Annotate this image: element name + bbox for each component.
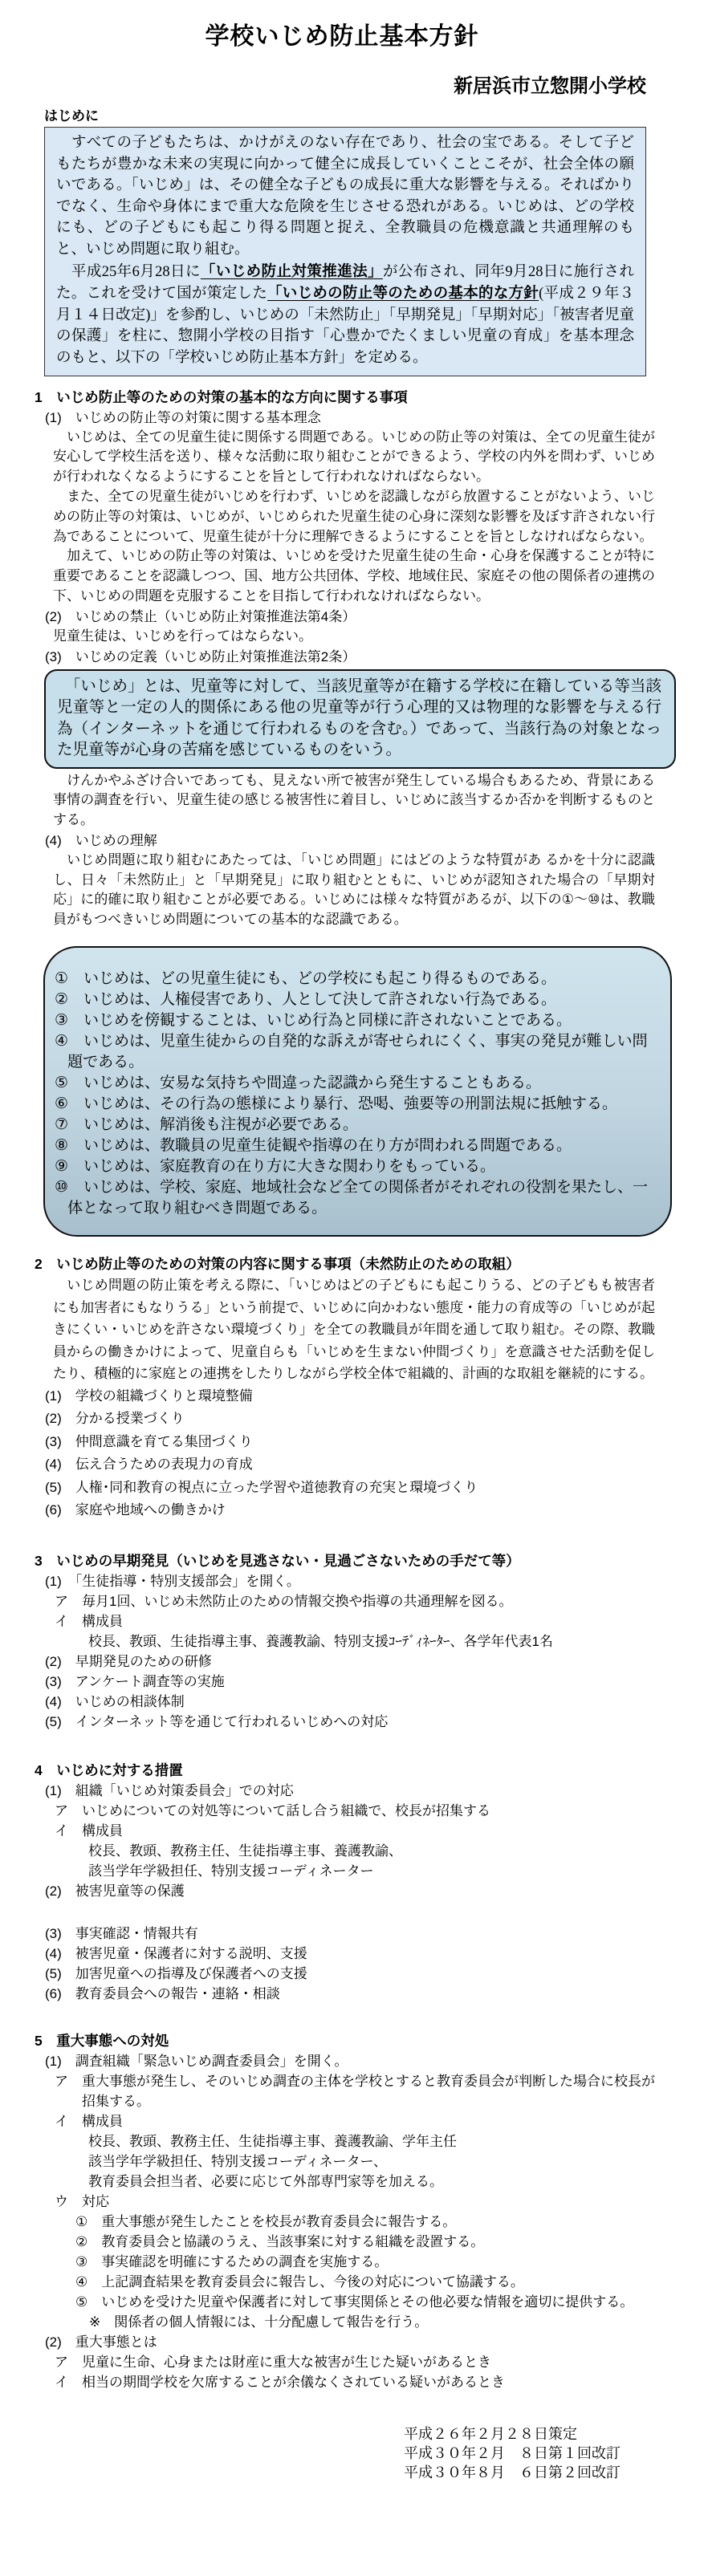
list-item: (1) 学校の組織づくりと環境整備 (45, 1385, 657, 1408)
section-3: 3 いじめの早期発見（いじめを見逃さない・見過ごさないための手だて等） (1) … (0, 1551, 708, 1732)
list-item: (5) 加害児童への指導及び保護者への支援 (45, 1964, 657, 1984)
recognition-item: ② いじめは、人権侵害であり、人として決して許されない行為である。 (55, 989, 649, 1010)
section-1-item-2-title: (2) いじめの禁止（いじめ防止対策推進法第4条） (45, 607, 657, 627)
section-1-item-1-paragraph: いじめは、全ての児童生徒に関係する問題である。いじめの防止等の対策は、全ての児童… (53, 428, 655, 487)
sub-item-i: イ 構成員 (55, 1821, 657, 1841)
intro-p2-run-plain: 平成25年6月28日に (56, 264, 201, 280)
section-4-item-2: (2) 被害児童等の保護 (45, 1881, 657, 1901)
sub-item-i: イ 構成員 (55, 1611, 657, 1631)
section-2-list: (1) 学校の組織づくりと環境整備 (2) 分かる授業づくり (3) 仲間意識を… (0, 1385, 708, 1522)
section-2: 2 いじめ防止等のための対策の内容に関する事項（未然防止のための取組） いじめ問… (0, 1254, 708, 1522)
sub-item-a: ア 児童に生命、心身または財産に重大な被害が生じた疑いがあるとき (55, 2352, 657, 2372)
members-line: 校長、教頭、生徒指導主事、養護教諭、特別支援ｺｰﾃﾞｨﾈｰﾀｰ、各学年代表1名 (88, 1631, 657, 1652)
section-1-item-1-paragraph: 加えて、いじめの防止等の対策は、いじめを受けた児童生徒の生命・心身を保護すること… (53, 546, 655, 606)
recognition-item: ⑨ いじめは、家庭教育の在り方に大きな関わりをもっている。 (55, 1156, 649, 1177)
section-2-heading: 2 いじめ防止等のための対策の内容に関する事項（未然防止のための取組） (35, 1254, 657, 1274)
list-item: (5) インターネット等を通じて行われるいじめへの対応 (45, 1712, 657, 1732)
section-1-item-3-paragraph: けんかやふざけ合いであっても、見えない所で被害が発生している場合もあるため、背景… (53, 771, 655, 831)
list-item: (3) 事実確認・情報共有 (45, 1924, 657, 1944)
sub-item-i: イ 構成員 (55, 2111, 657, 2131)
response-item: ① 重大事態が発生したことを校長が教育委員会に報告する。 (75, 2212, 657, 2232)
page-title: 学校いじめ防止基本方針 (0, 0, 684, 51)
sub-item-u: ウ 対応 (55, 2192, 657, 2212)
intro-box: すべての子どもたちは、かけがえのない存在であり、社会の宝である。そして子どもたち… (44, 127, 646, 376)
law-name-underlined: 「いじめ防止対策推進法」 (201, 262, 383, 279)
members-line: 校長、教頭、教務主任、生徒指導主事、養護教諭、 (88, 1841, 657, 1861)
policy-name-underlined: 「いじめの防止等のための基本的な方針 (267, 284, 539, 301)
list-item: (3) 仲間意識を育てる集団づくり (45, 1431, 657, 1454)
recognition-item: ① いじめは、どの児童生徒にも、どの学校にも起こり得るものである。 (55, 969, 649, 989)
section-1-item-1-title: (1) いじめの防止等の対策に関する基本理念 (45, 408, 657, 428)
section-5-heading: 5 重大事態への対処 (35, 2031, 657, 2051)
response-item: ② 教育委員会と協議のうえ、当該事案に対する組織を設置する。 (75, 2232, 657, 2252)
intro-paragraph-2: 平成25年6月28日に「いじめ防止対策推進法」が公布され、同年9月28日に施行さ… (56, 261, 634, 369)
bullying-definition-box: 「いじめ」とは、児童等に対して、当該児童等が在籍する学校に在籍している等当該児童… (44, 669, 676, 769)
sub-item-i: イ 相当の期間学校を欠席することが余儀なくされている疑いがあるとき (55, 2372, 657, 2392)
section-1: 1 いじめ防止等のための対策の基本的な方向に関する事項 (1) いじめの防止等の… (0, 388, 708, 1237)
section-1-heading: 1 いじめ防止等のための対策の基本的な方向に関する事項 (35, 388, 657, 408)
list-item: (3) アンケート調査等の実施 (45, 1672, 657, 1692)
recognition-item: ③ いじめを傍観することは、いじめ行為と同様に許されないことである。 (55, 1010, 649, 1031)
members-line: 校長、教頭、教務主任、生徒指導主事、養護教諭、学年主任 (88, 2131, 657, 2151)
date-revision-1: 平成３０年２月 ８日第１回改訂 (404, 2444, 708, 2463)
members-line: 該当学年学級担任、特別支援コーディネーター (88, 1861, 657, 1881)
response-item: ③ 事実確認を明確にするための調査を実施する。 (75, 2252, 657, 2272)
intro-paragraph-1: すべての子どもたちは、かけがえのない存在であり、社会の宝である。そして子どもたち… (56, 132, 634, 261)
list-item: (4) 伝え合うための表現力の育成 (45, 1453, 657, 1477)
recognition-item: ⑤ いじめは、安易な気持ちや間違った認識から発生することもある。 (55, 1073, 649, 1094)
list-item: (6) 家庭や地域への働きかけ (45, 1499, 657, 1522)
intro-heading: はじめに (44, 108, 708, 125)
school-name: 新居浜市立惣開小学校 (0, 75, 646, 98)
list-item: (4) 被害児童・保護者に対する説明、支援 (45, 1944, 657, 1964)
privacy-note: ※ 関係者の個人情報には、十分配慮して報告を行う。 (89, 2312, 657, 2332)
response-item: ⑤ いじめを受けた児童や保護者に対して事実関係とその他必要な情報を適切に提供する… (75, 2292, 657, 2312)
section-1-item-4-title: (4) いじめの理解 (45, 831, 657, 851)
list-item: (2) 早期発見のための研修 (45, 1652, 657, 1672)
recognition-item: ④ いじめは、児童生徒からの自発的な訴えが寄せられにくく、事実の発見が難しい問題… (55, 1031, 649, 1073)
section-5-item-1-title: (1) 調査組織「緊急いじめ調査委員会」を開く。 (45, 2051, 657, 2071)
document-page: 学校いじめ防止基本方針 新居浜市立惣開小学校 はじめに すべての子どもたちは、か… (0, 0, 708, 2576)
list-item: (6) 教育委員会への報告・連絡・相談 (45, 1984, 657, 2004)
section-2-paragraph: いじめ問題の防止策を考える際に、「いじめはどの子どもにも起こりうる、どの子どもも… (53, 1274, 655, 1385)
date-established: 平成２６年２月２８日策定 (404, 2424, 708, 2444)
section-1-item-4-paragraph: いじめ問題に取り組むにあたっては、「いじめ問題」にはどのような特質があ るかを十… (53, 851, 655, 930)
sub-item-a: ア いじめについての対処等について話し合う組織で、校長が招集する (55, 1801, 657, 1821)
recognition-item: ⑧ いじめは、教職員の児童生徒観や指導の在り方が問われる問題である。 (55, 1136, 649, 1156)
list-item: (2) 分かる授業づくり (45, 1408, 657, 1431)
section-3-heading: 3 いじめの早期発見（いじめを見逃さない・見過ごさないための手だて等） (35, 1551, 657, 1571)
basic-recognition-box: ① いじめは、どの児童生徒にも、どの学校にも起こり得るものである。 ② いじめは… (43, 946, 672, 1237)
sub-item-a: ア 重大事態が発生し、そのいじめ調査の主体を学校とすると教育委員会が判断した場合… (55, 2071, 657, 2111)
section-5-item-2-title: (2) 重大事態とは (45, 2332, 657, 2352)
section-1-item-3-title: (3) いじめの定義（いじめ防止対策推進法第2条） (45, 647, 657, 667)
section-4-item-1-title: (1) 組織「いじめ対策委員会」での対応 (45, 1781, 657, 1801)
section-5: 5 重大事態への対処 (1) 調査組織「緊急いじめ調査委員会」を開く。 ア 重大… (0, 2031, 708, 2392)
blank-space (0, 1901, 708, 1924)
members-line: 教育委員会担当者、必要に応じて外部専門家等を加える。 (88, 2172, 657, 2192)
revision-dates: 平成２６年２月２８日策定 平成３０年２月 ８日第１回改訂 平成３０年８月 ６日第… (404, 2424, 708, 2482)
list-item: (4) いじめの相談体制 (45, 1692, 657, 1712)
section-4: 4 いじめに対する措置 (1) 組織「いじめ対策委員会」での対応 ア いじめにつ… (0, 1761, 708, 2004)
section-1-item-2-paragraph: 児童生徒は、いじめを行ってはならない。 (53, 627, 655, 647)
recognition-item: ⑥ いじめは、その行為の態様により暴行、恐喝、強要等の刑罰法規に抵触する。 (55, 1094, 649, 1115)
date-revision-2: 平成３０年８月 ６日第２回改訂 (404, 2463, 708, 2482)
recognition-item: ⑦ いじめは、解消後も注視が必要である。 (55, 1115, 649, 1136)
recognition-item: ⑩ いじめは、学校、家庭、地域社会など全ての関係者がそれぞれの役割を果たし、一体… (55, 1177, 649, 1219)
section-4-heading: 4 いじめに対する措置 (35, 1761, 657, 1781)
sub-item-a: ア 毎月1回、いじめ未然防止のための情報交換や指導の共通理解を図る。 (55, 1591, 657, 1611)
section-3-item-1-title: (1) 「生徒指導・特別支援部会」を開く。 (45, 1571, 657, 1591)
list-item: (5) 人権･同和教育の視点に立った学習や道徳教育の充実と環境づくり (45, 1477, 657, 1500)
members-line: 該当学年学級担任、特別支援コーディネーター、 (88, 2151, 657, 2172)
section-1-item-1-paragraph: また、全ての児童生徒がいじめを行わず、いじめを認識しながら放置することがないよう… (53, 487, 655, 546)
response-item: ④ 上記調査結果を教育委員会に報告し、今後の対応について協議する。 (75, 2272, 657, 2292)
